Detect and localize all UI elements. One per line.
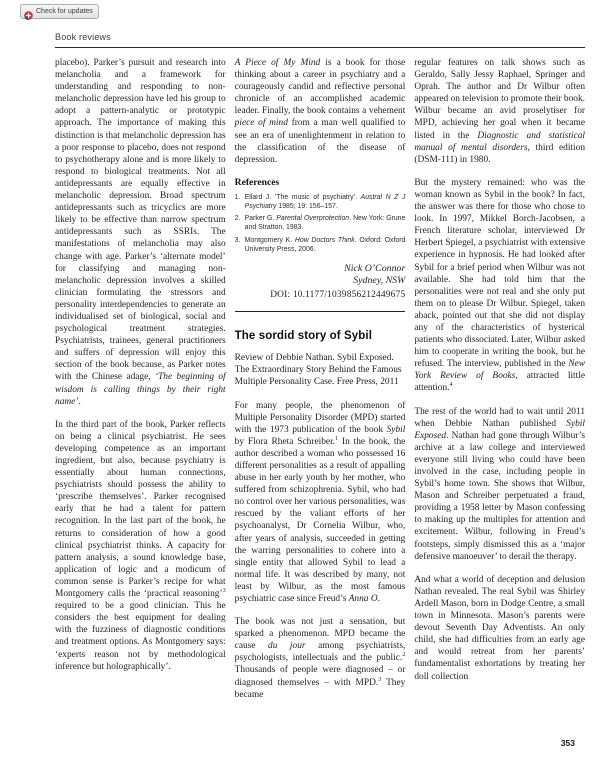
paragraph: regular features on talk shows such as G… — [414, 57, 585, 166]
text-segment: Ellard J. ‘The music of psychiatry’. — [245, 194, 361, 201]
text-segment: regular features on talk shows such as G… — [414, 58, 585, 141]
italic-text: How Doctors Think — [295, 237, 355, 244]
text-columns: placebo). Parker’s pursuit and research … — [55, 57, 585, 756]
section-heading: The sordid story of Sybil — [235, 330, 406, 342]
italic-text: Sybil — [387, 425, 406, 435]
reference-item: 2.Parker G. Parental Overprotection. New… — [235, 215, 406, 233]
text-segment: placebo). Parker’s pursuit and research … — [55, 58, 226, 382]
paragraph: And what a world of deception and delusi… — [414, 574, 585, 683]
text-segment: In the book, the author described a woma… — [235, 437, 406, 604]
citation: Review of Debbie Nathan. Sybil Exposed. … — [235, 352, 406, 388]
text-segment: For many people, the phenomenon of Multi… — [235, 401, 406, 435]
text-segment: . Nathan had gone through Wilbur’s archi… — [414, 431, 585, 562]
section-divider — [235, 311, 406, 312]
reference-item: 3.Montgomery K. How Doctors Think. Oxfor… — [235, 237, 406, 255]
doi: DOI: 10.1177/1039856212449675 — [235, 290, 406, 300]
italic-text: du jour — [268, 641, 306, 651]
references-heading: References — [235, 177, 406, 188]
text-segment: The rest of the world had to wait until … — [414, 407, 585, 429]
paragraph: But the mystery remained: who was the wo… — [414, 177, 585, 395]
column-3: regular features on talk shows such as G… — [414, 57, 585, 756]
column-1: placebo). Parker’s pursuit and research … — [55, 57, 226, 756]
paragraph: placebo). Parker’s pursuit and research … — [55, 57, 226, 408]
italic-text: Parental Overprotection — [276, 215, 349, 222]
page-number: 353 — [561, 738, 575, 748]
running-head: Book reviews — [55, 32, 585, 48]
reference-text: Ellard J. ‘The music of psychiatry’. Aus… — [245, 194, 406, 212]
text-segment: In the third part of the book, Parker re… — [55, 420, 226, 599]
running-head-label: Book reviews — [55, 32, 111, 42]
check-for-updates-button[interactable]: Check for updates — [20, 4, 99, 19]
signature-line: Sydney, NSW — [235, 275, 406, 287]
italic-text: piece of mind — [235, 118, 288, 128]
reference-number: 3. — [235, 237, 242, 255]
check-for-updates-label: Check for updates — [36, 8, 93, 15]
journal-page: Check for updates Book reviews placebo).… — [0, 0, 595, 780]
paragraph: For many people, the phenomenon of Multi… — [235, 400, 406, 606]
text-segment: Parker G. — [245, 215, 277, 222]
italic-text: A Piece of My Mind — [235, 58, 321, 68]
reference-list: 1.Ellard J. ‘The music of psychiatry’. A… — [235, 194, 406, 255]
reference-number: 2. — [235, 215, 242, 233]
text-segment: And what a world of deception and delusi… — [414, 575, 585, 682]
signature-line: Nick O’Connor — [235, 263, 406, 275]
text-segment: Montgomery K. — [245, 237, 295, 244]
superscript-ref: 4 — [450, 381, 453, 388]
text-segment: by Flora Rheta Schreiber. — [235, 437, 335, 447]
superscript-ref: 2 — [402, 651, 405, 658]
signature-block: Nick O’ConnorSydney, NSWDOI: 10.1177/103… — [235, 263, 406, 301]
column-2: A Piece of My Mind is a book for those t… — [235, 57, 406, 756]
paragraph: In the third part of the book, Parker re… — [55, 419, 226, 673]
reference-text: Parker G. Parental Overprotection. New Y… — [245, 215, 406, 233]
text-segment: But the mystery remained: who was the wo… — [414, 178, 585, 369]
reference-item: 1.Ellard J. ‘The music of psychiatry’. A… — [235, 194, 406, 212]
paragraph: The rest of the world had to wait until … — [414, 406, 585, 563]
reference-number: 1. — [235, 194, 242, 212]
reference-text: Montgomery K. How Doctors Think. Oxford:… — [245, 237, 406, 255]
paragraph: The book was not just a sensation, but s… — [235, 616, 406, 701]
text-segment: . — [378, 594, 380, 604]
text-segment: required to be a good clinician. This he… — [55, 601, 226, 671]
paragraph: A Piece of My Mind is a book for those t… — [235, 57, 406, 166]
crossmark-icon — [24, 7, 33, 16]
text-segment: Review of Debbie Nathan. Sybil Exposed. … — [235, 353, 402, 387]
superscript-ref: 3 — [223, 587, 226, 594]
text-segment: . — [78, 397, 80, 407]
text-segment: 1985; 19: 156–157. — [276, 203, 337, 210]
italic-text: Anna O — [349, 594, 378, 604]
